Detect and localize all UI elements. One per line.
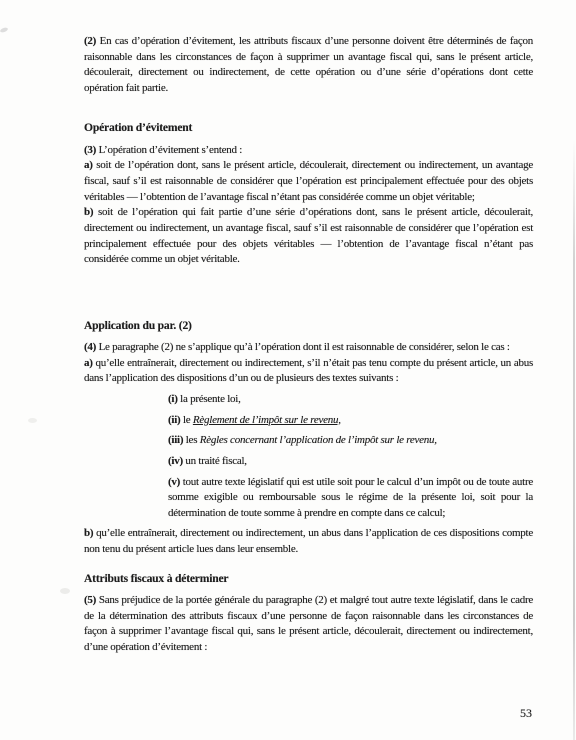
paragraph-5: (5) Sans préjudice de la portée générale… [84,593,533,656]
scan-smudge [60,588,70,594]
paragraph-5-marker: (5) [84,594,96,606]
heading-operation-evitement: Opération d’évitement [84,120,533,136]
paragraph-3: (3) L’opération d’évitement s’entend : [84,143,533,159]
paragraph-3-text: L’opération d’évitement s’entend : [99,144,243,156]
scanned-document-page: (2) En cas d’opération d’évitement, les … [0,0,576,740]
list-item-ii-title: Règlement de l’impôt sur le revenu, [193,414,341,426]
list-item-v-marker: (v) [168,476,180,488]
list-item-iv: (iv) un traité fiscal, [168,454,533,470]
page-number: 53 [520,706,532,721]
scan-smudge [28,418,37,423]
paragraph-4b-marker: b) [84,527,93,539]
scan-smudge [0,27,8,33]
document-body: (2) En cas d’opération d’évitement, les … [84,34,533,656]
page-edge-scan-line [573,140,575,740]
paragraph-4: (4) Le paragraphe (2) ne s’applique qu’à… [84,340,533,356]
list-item-ii-prefix: le [183,414,190,426]
list-item-i-marker: (i) [168,393,178,405]
list-item-ii: (ii) le Règlement de l’impôt sur le reve… [168,413,533,429]
paragraph-3a-marker: a) [84,159,93,171]
paragraph-4a-marker: a) [84,357,93,369]
paragraph-4a-list: (i) la présente loi, (ii) le Règlement d… [168,392,533,522]
list-item-iii: (iii) les Règles concernant l’applicatio… [168,433,533,449]
paragraph-4b: b) qu’elle entraînerait, directement ou … [84,526,533,557]
paragraph-3-marker: (3) [84,144,96,156]
paragraph-4-marker: (4) [84,341,96,353]
paragraph-3a-text: soit de l’opération dont, sans le présen… [84,159,533,202]
heading-application-par-2: Application du par. (2) [84,318,533,334]
paragraph-3b-text: soit de l’opération qui fait partie d’un… [84,206,533,265]
paragraph-4a-text: qu’elle entraînerait, directement ou ind… [84,357,533,385]
paragraph-3b: b) soit de l’opération qui fait partie d… [84,205,533,268]
paragraph-4a: a) qu’elle entraînerait, directement ou … [84,356,533,387]
list-item-i: (i) la présente loi, [168,392,533,408]
paragraph-3a: a) soit de l’opération dont, sans le pré… [84,158,533,205]
list-item-ii-marker: (ii) [168,414,180,426]
paragraph-4b-text: qu’elle entraînerait, directement ou ind… [84,527,533,555]
list-item-iii-prefix: les [186,434,197,446]
heading-attributs-fiscaux: Attributs fiscaux à déterminer [84,571,533,587]
list-item-v-text: tout autre texte législatif qui est util… [168,476,533,519]
paragraph-2: (2) En cas d’opération d’évitement, les … [84,34,533,97]
paragraph-4-text: Le paragraphe (2) ne s’applique qu’à l’o… [99,341,510,353]
list-item-iii-title: Règles concernant l’application de l’imp… [200,434,437,446]
paragraph-3b-marker: b) [84,206,93,218]
list-item-iv-text: un traité fiscal, [185,455,246,467]
paragraph-2-text: En cas d’opération d’évitement, les attr… [84,35,533,94]
list-item-i-text: la présente loi, [180,393,240,405]
list-item-iv-marker: (iv) [168,455,183,467]
list-item-iii-marker: (iii) [168,434,183,446]
paragraph-2-marker: (2) [84,35,96,47]
list-item-v: (v) tout autre texte législatif qui est … [168,475,533,522]
paragraph-5-text: Sans préjudice de la portée générale du … [84,594,533,653]
